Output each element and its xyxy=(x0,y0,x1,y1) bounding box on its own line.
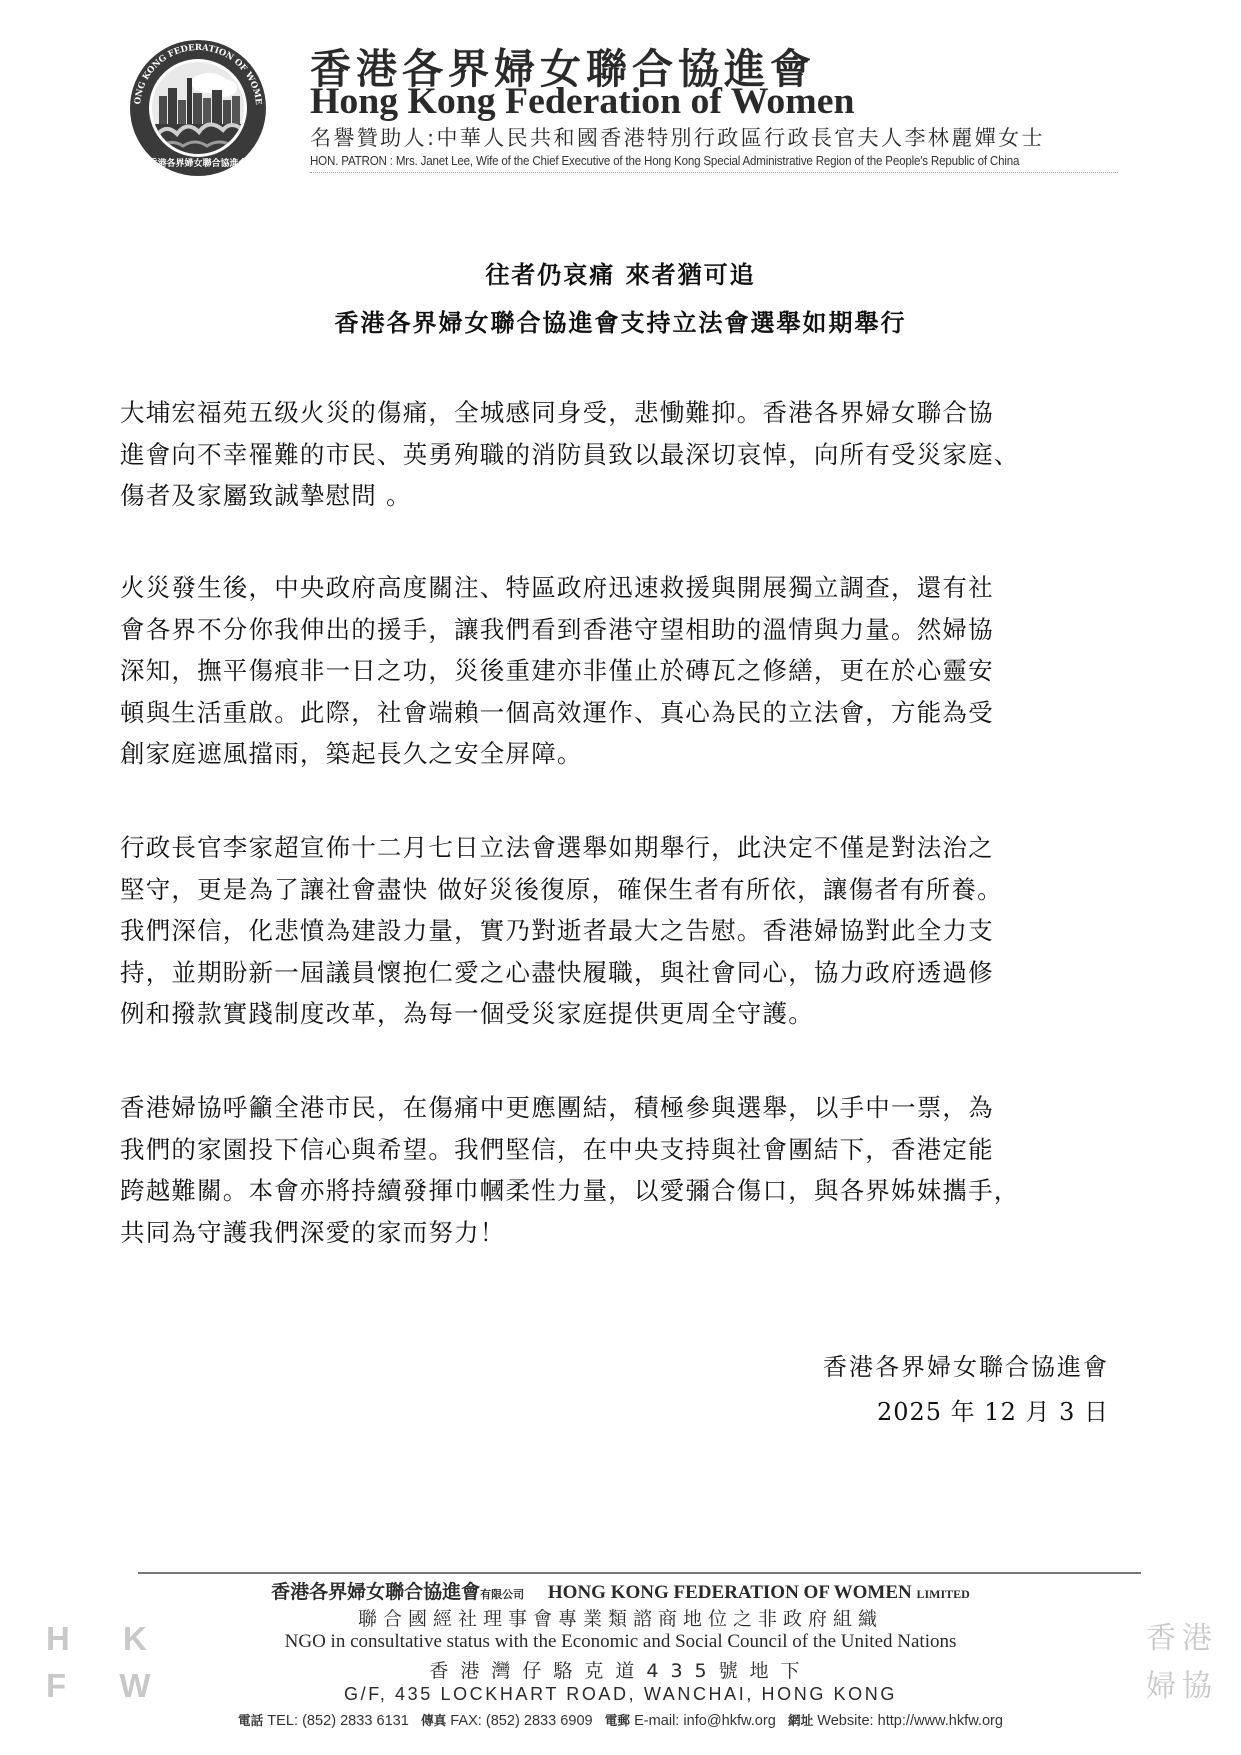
body-paragraph-3: 行政長官李家超宣佈十二月七日立法會選舉如期舉行，此決定不僅是對法治之 堅守，更是… xyxy=(120,827,1110,1035)
text-line: 進會向不幸罹難的市民、英勇殉職的消防員致以最深切哀悼，向所有受災家庭、 xyxy=(120,434,1110,476)
statement-title: 往者仍哀痛 來者猶可追 xyxy=(0,255,1241,290)
footer-divider xyxy=(138,1572,1141,1574)
body-paragraph-2: 火災發生後，中央政府高度關注、特區政府迅速救援與開展獨立調查，還有社 會各界不分… xyxy=(120,567,1110,775)
text-line: 我們的家園投下信心與希望。我們堅信，在中央支持與社會團結下，香港定能 xyxy=(120,1129,1110,1171)
text-line: 傷者及家屬致誠摯慰問 。 xyxy=(120,475,1110,517)
text-line: 香港婦協呼籲全港市民，在傷痛中更應團結，積極參與選舉，以手中一票，為 xyxy=(120,1087,1110,1129)
company-name-zh: 香港各界婦女聯合協進會 xyxy=(271,1581,480,1603)
letterhead-divider xyxy=(310,172,1118,173)
body-paragraph-4: 香港婦協呼籲全港市民，在傷痛中更應團結，積極參與選舉，以手中一票，為 我們的家園… xyxy=(120,1087,1110,1253)
ngo-status-en: NGO in consultative status with the Econ… xyxy=(0,1631,1241,1653)
watermark-line: 婦協 xyxy=(1146,1663,1218,1711)
text-line: 例和撥款實踐制度改革，為每一個受災家庭提供更周全守護。 xyxy=(120,993,1110,1035)
watermark-line: H K xyxy=(46,1615,172,1662)
text-line: 會各界不分你我伸出的援手，讓我們看到香港守望相助的溫情與力量。然婦協 xyxy=(120,609,1110,651)
text-line: 我們深信，化悲憤為建設力量，實乃對逝者最大之告慰。香港婦協對此全力支 xyxy=(120,910,1110,952)
svg-text:香港各界婦女聯合協進會: 香港各界婦女聯合協進會 xyxy=(148,157,247,169)
text-line: 跨越難關。本會亦將持續發揮巾幗柔性力量，以愛彌合傷口，與各界姊妹攜手， xyxy=(120,1170,1110,1212)
text-line: 深知，撫平傷痕非一日之功，災後重建亦非僅止於磚瓦之修繕，更在於心靈安 xyxy=(120,650,1110,692)
text-line: 共同為守護我們深愛的家而努力！ xyxy=(120,1212,1110,1254)
email-label: 電郵 xyxy=(605,1714,630,1729)
watermark-line: 香港 xyxy=(1146,1615,1218,1663)
text-line: 行政長官李家超宣佈十二月七日立法會選舉如期舉行，此決定不僅是對法治之 xyxy=(120,827,1110,869)
text-line: 火災發生後，中央政府高度關注、特區政府迅速救援與開展獨立調查，還有社 xyxy=(120,567,1110,609)
signature-date: 2025 年 12 月 3 日 xyxy=(877,1392,1109,1427)
hkfw-emblem-icon: HONG KONG FEDERATION OF WOMEN 香港各界婦女聯合協進… xyxy=(123,38,273,178)
address-zh: 香港灣仔駱克道435號地下 xyxy=(0,1656,1241,1683)
statement-subtitle: 香港各界婦女聯合協進會支持立法會選舉如期舉行 xyxy=(0,303,1241,338)
watermark-hkfw-zh: 香港 婦協 xyxy=(1146,1615,1218,1711)
text-line: 堅守，更是為了讓社會盡快 做好災後復原，確保生者有所依，讓傷者有所養。 xyxy=(120,869,1110,911)
address-en: G/F, 435 LOCKHART ROAD, WANCHAI, HONG KO… xyxy=(0,1684,1241,1705)
footer-contacts: 電話 TEL: (852) 2833 6131 傳真 FAX: (852) 28… xyxy=(19,1710,1223,1729)
body-paragraph-1: 大埔宏福苑五级火災的傷痛，全城感同身受，悲慟難抑。香港各界婦女聯合協 進會向不幸… xyxy=(120,392,1110,517)
text-line: 頓與生活重啟。此際，社會端賴一個高效運作、真心為民的立法會，方能為受 xyxy=(120,692,1110,734)
fax-number: FAX: (852) 2833 6909 xyxy=(450,1712,592,1729)
text-line: 持，並期盼新一屆議員懷抱仁愛之心盡快履職，與社會同心，協力政府透過修 xyxy=(120,952,1110,994)
signature-org: 香港各界婦女聯合協進會 xyxy=(823,1347,1109,1382)
fax-label: 傳真 xyxy=(421,1714,446,1729)
watermark-line: F W xyxy=(46,1662,172,1709)
footer-company: 香港各界婦女聯合協進會有限公司 HONG KONG FEDERATION OF … xyxy=(0,1577,1241,1604)
text-line: 大埔宏福苑五级火災的傷痛，全城感同身受，悲慟難抑。香港各界婦女聯合協 xyxy=(120,392,1110,434)
website-link[interactable]: Website: http://www.hkfw.org xyxy=(817,1712,1003,1729)
patron-en: HON. PATRON : Mrs. Janet Lee, Wife of th… xyxy=(310,154,1019,168)
letter-page: HONG KONG FEDERATION OF WOMEN 香港各界婦女聯合協進… xyxy=(0,0,1241,1755)
email-link[interactable]: E-mail: info@hkfw.org xyxy=(634,1712,776,1729)
text-line: 創家庭遮風擋雨，築起長久之安全屏障。 xyxy=(120,733,1110,775)
watermark-hkfw: H K F W xyxy=(46,1615,172,1709)
org-name-en: Hong Kong Federation of Women xyxy=(310,80,854,123)
company-suffix-zh: 有限公司 xyxy=(480,1589,524,1601)
phone-number: TEL: (852) 2833 6131 xyxy=(267,1712,409,1729)
ngo-status-zh: 聯合國經社理事會專業類諮商地位之非政府組織 xyxy=(0,1604,1241,1631)
patron-zh: 名譽贊助人:中華人民共和國香港特別行政區行政長官夫人李林麗嬋女士 xyxy=(310,122,1045,152)
company-name-en: HONG KONG FEDERATION OF WOMEN xyxy=(548,1582,912,1603)
company-suffix-en: LIMITED xyxy=(917,1587,970,1601)
phone-label: 電話 xyxy=(238,1714,263,1729)
website-label: 網址 xyxy=(788,1714,813,1729)
